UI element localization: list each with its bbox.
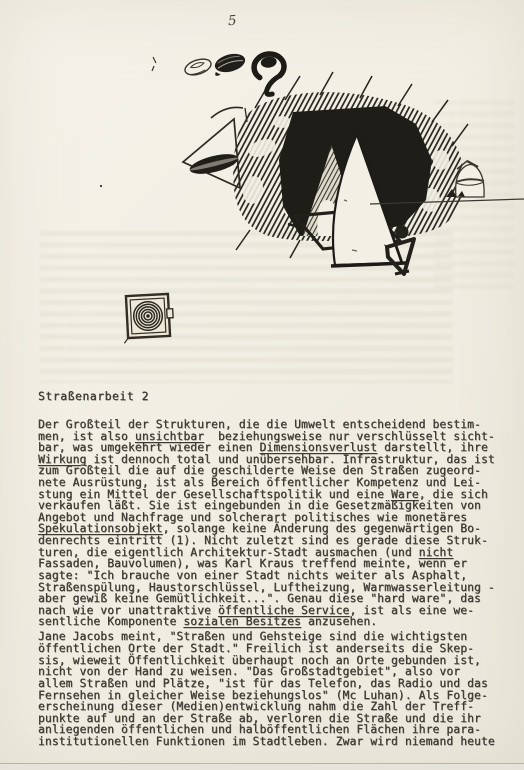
hat-outline-doodle xyxy=(183,56,213,78)
scanned-page: 5 Straßenarbeit 2 Der Großteil der Struk… xyxy=(0,0,524,770)
hat-doodles xyxy=(152,51,288,96)
hat-bold-doodle xyxy=(252,52,287,96)
hatched-ink-mass xyxy=(100,72,468,258)
section-heading: Straßenarbeit 2 xyxy=(38,390,149,403)
paragraph: Der Großteil der Strukturen, die die Umw… xyxy=(38,419,516,628)
hat-dark-doodle xyxy=(211,51,247,77)
ufo-blob xyxy=(188,150,240,178)
page-number: 5 xyxy=(227,13,237,30)
spiral-stamp xyxy=(122,294,174,344)
page-bottom-edge xyxy=(0,763,524,770)
text-line: institutionellen Funktionen im Stadtlebe… xyxy=(38,736,516,748)
ball-shape xyxy=(396,226,409,239)
paragraph: Jane Jacobs meint, "Straßen und Gehsteig… xyxy=(38,631,516,747)
text-line: sentliche Komponente sozialen Besitzes a… xyxy=(38,616,516,628)
body-text: Der Großteil der Strukturen, die die Umw… xyxy=(38,419,516,748)
